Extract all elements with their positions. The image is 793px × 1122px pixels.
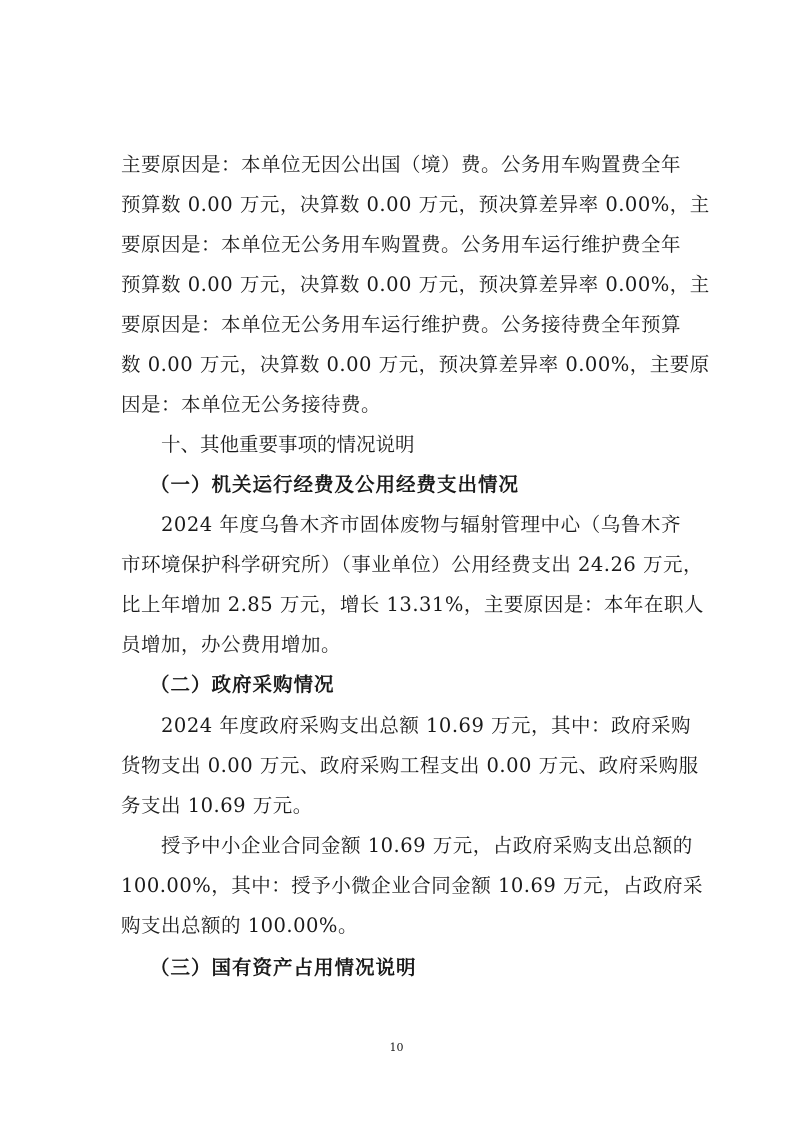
document-page: 主要原因是：本单位无因公出国（境）费。公务用车购置费全年 预算数 0.00 万元… xyxy=(0,0,793,1122)
body-text-line: 2024 年度乌鲁木齐市固体废物与辐射管理中心（乌鲁木齐 xyxy=(161,513,681,537)
body-text-line: 预算数 0.00 万元，决算数 0.00 万元，预决算差异率 0.00%，主 xyxy=(121,273,681,297)
body-text-line: 员增加，办公费用增加。 xyxy=(121,633,681,657)
body-text-line: 要原因是：本单位无公务用车运行维护费。公务接待费全年预算 xyxy=(121,313,681,337)
body-text-line: 货物支出 0.00 万元、政府采购工程支出 0.00 万元、政府采购服 xyxy=(121,754,681,778)
section-heading: 十、其他重要事项的情况说明 xyxy=(161,433,415,457)
body-text-line: 主要原因是：本单位无因公出国（境）费。公务用车购置费全年 xyxy=(121,153,681,177)
body-text-line: 授予中小企业合同金额 10.69 万元，占政府采购支出总额的 xyxy=(161,834,681,858)
body-text-line: 比上年增加 2.85 万元，增长 13.31%，主要原因是：本年在职人 xyxy=(121,593,681,617)
body-text-line: 因是：本单位无公务接待费。 xyxy=(121,393,681,417)
body-text-line: 数 0.00 万元，决算数 0.00 万元，预决算差异率 0.00%，主要原 xyxy=(121,353,681,377)
subsection-heading: （一）机关运行经费及公用经费支出情况 xyxy=(150,473,519,497)
body-text-line: 100.00%，其中：授予小微企业合同金额 10.69 万元，占政府采 xyxy=(121,874,681,898)
body-text-line: 购支出总额的 100.00%。 xyxy=(121,914,681,938)
subsection-heading: （三）国有资产占用情况说明 xyxy=(150,956,417,980)
body-text-line: 2024 年度政府采购支出总额 10.69 万元，其中：政府采购 xyxy=(161,714,681,738)
page-number: 10 xyxy=(0,1041,793,1054)
body-text-line: 务支出 10.69 万元。 xyxy=(121,794,681,818)
subsection-heading: （二）政府采购情况 xyxy=(150,673,335,697)
body-text-line: 要原因是：本单位无公务用车购置费。公务用车运行维护费全年 xyxy=(121,233,681,257)
body-text-line: 预算数 0.00 万元，决算数 0.00 万元，预决算差异率 0.00%，主 xyxy=(121,193,681,217)
body-text-line: 市环境保护科学研究所）（事业单位）公用经费支出 24.26 万元， xyxy=(121,553,681,577)
